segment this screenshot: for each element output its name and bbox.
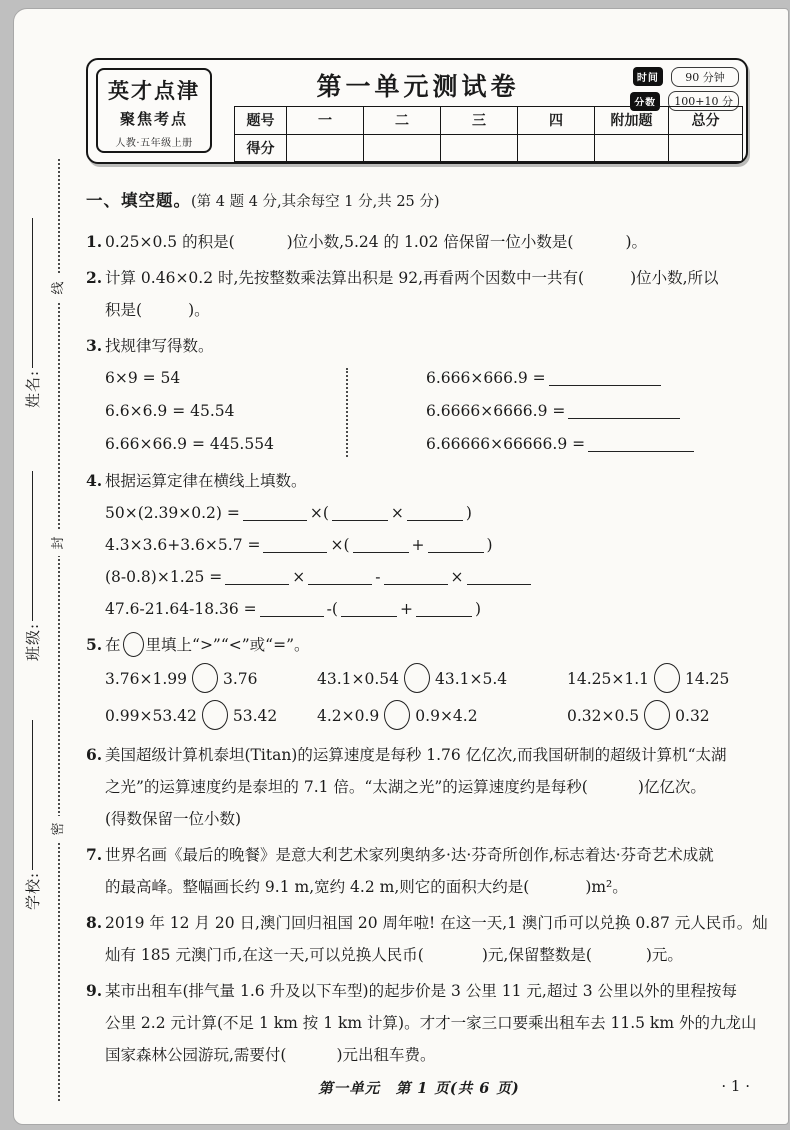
question-text: ) <box>487 536 493 554</box>
question-number: 3. <box>86 330 105 362</box>
question-text: × <box>391 504 404 522</box>
time-badge: 时间 <box>633 67 663 86</box>
question-text: 50×(2.39×0.2) = <box>105 504 240 522</box>
answer-blank <box>407 507 463 521</box>
comparison-item: 14.25×1.114.25 <box>567 661 752 698</box>
question-text: )m²。 <box>585 878 627 896</box>
question-text: + <box>412 536 425 554</box>
question-text: 计算 0.46×0.2 时,先按整数乘法算出积是 92,再看两个因数中一共有( <box>105 269 584 287</box>
question-text: )位小数,5.24 的 1.02 倍保留一位小数是( <box>287 233 574 251</box>
question-text: 6.66666×66666.9 = <box>426 435 585 453</box>
pattern-answer-item: 6.66666×66666.9 = <box>426 428 697 461</box>
page-title: 第一单元测试卷 <box>222 67 614 103</box>
question-line: 8.2019 年 12 月 20 日,澳门回归祖国 20 周年啦! 在这一天,1… <box>105 907 752 939</box>
class-label: 班级: <box>22 623 43 661</box>
question-number: 7. <box>86 839 105 871</box>
question-text: )位小数,所以 <box>630 269 718 287</box>
score-cell <box>595 134 669 162</box>
answer-blank <box>568 405 680 419</box>
question-3: 3.找规律写得数。6×9 = 546.6×6.9 = 45.546.66×66.… <box>86 330 752 461</box>
comparison-right: 3.76 <box>223 670 258 688</box>
comparison-right: 53.42 <box>233 707 277 725</box>
comparison-circle <box>202 700 228 730</box>
question-line: (8-0.8)×1.25 =×-× <box>105 561 752 593</box>
question-text: - <box>375 568 380 586</box>
score-cell <box>364 134 441 162</box>
pattern-answer-column: 6.666×666.9 =6.6666×6666.9 =6.66666×6666… <box>348 362 697 461</box>
comparison-item: 3.76×1.993.76 <box>105 661 317 698</box>
section-note: (第 4 题 4 分,其余每空 1 分,共 25 分) <box>191 194 440 210</box>
question-line: 7.世界名画《最后的晚餐》是意大利艺术家列奥纳多·达·芬奇所创作,标志着达·芬奇… <box>105 839 752 871</box>
question-text: 在 <box>105 636 121 654</box>
answer-blank <box>549 372 661 386</box>
pattern-answer-item: 6.666×666.9 = <box>426 362 697 395</box>
name-underline <box>32 218 33 368</box>
name-label: 姓名: <box>22 370 43 408</box>
comparison-item: 0.99×53.4253.42 <box>105 698 317 735</box>
question-text: )元,保留整数是( <box>482 946 592 964</box>
comparison-circle <box>192 663 218 693</box>
question-line: 1.0.25×0.5 的积是()位小数,5.24 的 1.02 倍保留一位小数是… <box>105 226 752 258</box>
pattern-given-item: 6×9 = 54 <box>105 362 346 395</box>
comparison-item: 0.32×0.50.32 <box>567 698 752 735</box>
answer-blank <box>588 438 694 452</box>
question-text: 找规律写得数。 <box>105 337 214 355</box>
question-text: ) <box>475 600 481 618</box>
brand-name: 英才点津 <box>98 75 210 105</box>
comparison-item: 43.1×0.5443.1×5.4 <box>317 661 567 698</box>
question-number: 9. <box>86 975 105 1007</box>
comparison-right: 0.32 <box>675 707 710 725</box>
pattern-answer-item: 6.6666×6666.9 = <box>426 395 697 428</box>
time-value: 90 分钟 <box>671 67 739 87</box>
question-line: 积是()。 <box>105 294 752 326</box>
score-table-col-4: 四 <box>518 107 595 135</box>
answer-blank <box>428 539 484 553</box>
question-line: 4.根据运算定律在横线上填数。 <box>105 465 752 497</box>
question-text: 里填上“>”“<”或“=”。 <box>146 636 310 654</box>
class-underline <box>32 471 33 621</box>
school-field: 学校: <box>19 720 45 910</box>
comparison-circle <box>404 663 430 693</box>
question-line: 3.找规律写得数。 <box>105 330 752 362</box>
comparison-circle <box>384 700 410 730</box>
question-line: 4.3×3.6+3.6×5.7 =×(+) <box>105 529 752 561</box>
question-number: 8. <box>86 907 105 939</box>
question-line: 2.计算 0.46×0.2 时,先按整数乘法算出积是 92,再看两个因数中一共有… <box>105 262 752 294</box>
question-5: 5.在里填上“>”“<”或“=”。3.76×1.993.7643.1×0.544… <box>86 629 752 735</box>
question-line: 5.在里填上“>”“<”或“=”。 <box>105 629 752 661</box>
answer-blank <box>263 539 327 553</box>
question-line: 之光”的运算速度约是泰坦的 7.1 倍。“太湖之光”的运算速度约是每秒()亿亿次… <box>105 771 752 803</box>
question-text: 6.666×666.9 = <box>426 369 546 387</box>
question-text: 某市出租车(排气量 1.6 升及以下车型)的起步价是 3 公里 11 元,超过 … <box>105 982 737 1000</box>
score-table-col-total: 总分 <box>669 107 743 135</box>
answer-blank <box>353 539 409 553</box>
question-9: 9.某市出租车(排气量 1.6 升及以下车型)的起步价是 3 公里 11 元,超… <box>86 975 752 1071</box>
question-text: 4.3×3.6+3.6×5.7 = <box>105 536 260 554</box>
question-line: 公里 2.2 元计算(不足 1 km 按 1 km 计算)。才才一家三口要乘出租… <box>105 1007 752 1039</box>
question-4: 4.根据运算定律在横线上填数。50×(2.39×0.2) =×(×)4.3×3.… <box>86 465 752 625</box>
answer-blank <box>308 571 372 585</box>
question-line: (得数保留一位小数) <box>105 803 752 835</box>
question-text: × <box>451 568 464 586</box>
questions-section: 一、填空题。(第 4 题 4 分,其余每空 1 分,共 25 分) 1.0.25… <box>86 185 752 1071</box>
question-2: 2.计算 0.46×0.2 时,先按整数乘法算出积是 92,再看两个因数中一共有… <box>86 262 752 326</box>
test-paper: 线 封 密 姓名: 班级: 学校: 英才点津 聚焦考点 人教·五年级上册 第一单… <box>13 8 789 1125</box>
question-line: 6.美国超级计算机泰坦(Titan)的运算速度是每秒 1.76 亿亿次,而我国研… <box>105 739 752 771</box>
pattern-given-item: 6.66×66.9 = 445.554 <box>105 428 346 461</box>
question-line: 国家森林公园游玩,需要付()元出租车费。 <box>105 1039 752 1071</box>
question-number: 1. <box>86 226 105 258</box>
comparison-item: 4.2×0.90.9×4.2 <box>317 698 567 735</box>
answer-blank <box>243 507 307 521</box>
answer-blank <box>225 571 289 585</box>
class-field: 班级: <box>19 471 45 661</box>
pattern-given-item: 6.6×6.9 = 45.54 <box>105 395 346 428</box>
scanned-test-page: { "header": { "brand": { "line1": "英才点津"… <box>0 0 790 1130</box>
score-cell <box>441 134 518 162</box>
question-number: 4. <box>86 465 105 497</box>
name-field: 姓名: <box>19 218 45 408</box>
question-text: 0.25×0.5 的积是( <box>105 233 235 251</box>
question-text: 公里 2.2 元计算(不足 1 km 按 1 km 计算)。才才一家三口要乘出租… <box>105 1014 756 1032</box>
question-text: (8-0.8)×1.25 = <box>105 568 222 586</box>
question-text: 国家森林公园游玩,需要付( <box>105 1046 286 1064</box>
question-7: 7.世界名画《最后的晚餐》是意大利艺术家列奥纳多·达·芬奇所创作,标志着达·芬奇… <box>86 839 752 903</box>
comparison-left: 0.99×53.42 <box>105 707 197 725</box>
comparison-left: 4.2×0.9 <box>317 707 379 725</box>
question-text: )元。 <box>646 946 683 964</box>
footer-unit-page: 第一单元 第 1 页(共 6 页) <box>86 1077 752 1098</box>
question-text: 2019 年 12 月 20 日,澳门回归祖国 20 周年啦! 在这一天,1 澳… <box>105 914 768 932</box>
score-table: 题号 一 二 三 四 附加题 总分 得分 <box>234 106 743 162</box>
comparison-circle <box>123 632 144 657</box>
question-line: 9.某市出租车(排气量 1.6 升及以下车型)的起步价是 3 公里 11 元,超… <box>105 975 752 1007</box>
brand-edition: 人教·五年级上册 <box>98 134 210 149</box>
question-text: 根据运算定律在横线上填数。 <box>105 472 307 490</box>
question-line: 灿有 185 元澳门币,在这一天,可以兑换人民币()元,保留整数是()元。 <box>105 939 752 971</box>
score-table-row-label: 得分 <box>235 134 287 162</box>
question-number: 6. <box>86 739 105 771</box>
question-text: 的最高峰。整幅画长约 9.1 m,宽约 4.2 m,则它的面积大约是( <box>105 878 529 896</box>
question-1: 1.0.25×0.5 的积是()位小数,5.24 的 1.02 倍保留一位小数是… <box>86 226 752 258</box>
section-title: 一、填空题。 <box>86 191 191 210</box>
question-text: ) <box>466 504 472 522</box>
question-text: 积是( <box>105 301 142 319</box>
questions-list: 1.0.25×0.5 的积是()位小数,5.24 的 1.02 倍保留一位小数是… <box>86 226 752 1071</box>
question-text: 47.6-21.64-18.36 = <box>105 600 257 618</box>
answer-blank <box>332 507 388 521</box>
comparison-circle <box>654 663 680 693</box>
score-table-col-3: 三 <box>441 107 518 135</box>
comparison-right: 14.25 <box>685 670 729 688</box>
score-cell <box>287 134 364 162</box>
question-text: )元出租车费。 <box>336 1046 435 1064</box>
score-table-col-1: 一 <box>287 107 364 135</box>
question-8: 8.2019 年 12 月 20 日,澳门回归祖国 20 周年啦! 在这一天,1… <box>86 907 752 971</box>
question-text: 6.6666×6666.9 = <box>426 402 565 420</box>
question-line: 47.6-21.64-18.36 =-(+) <box>105 593 752 625</box>
section-heading: 一、填空题。(第 4 题 4 分,其余每空 1 分,共 25 分) <box>86 185 752 218</box>
question-text: 灿有 185 元澳门币,在这一天,可以兑换人民币( <box>105 946 424 964</box>
question-line: 的最高峰。整幅画长约 9.1 m,宽约 4.2 m,则它的面积大约是()m²。 <box>105 871 752 903</box>
question-text: ×( <box>330 536 349 554</box>
answer-blank <box>341 603 397 617</box>
comparison-left: 3.76×1.99 <box>105 670 187 688</box>
seal-char-feng: 封 <box>49 530 69 556</box>
seal-char-mi: 密 <box>49 816 69 842</box>
question-text: + <box>400 600 413 618</box>
school-label: 学校: <box>22 872 43 910</box>
pattern-columns: 6×9 = 546.6×6.9 = 45.546.66×66.9 = 445.5… <box>105 362 752 461</box>
question-text: )。 <box>625 233 647 251</box>
seal-char-xian: 线 <box>49 275 69 301</box>
question-text: -( <box>327 600 338 618</box>
time-row: 时间 90 分钟 <box>630 66 739 87</box>
question-text: × <box>292 568 305 586</box>
question-text: 之光”的运算速度约是泰坦的 7.1 倍。“太湖之光”的运算速度约是每秒( <box>105 778 588 796</box>
score-table-corner: 题号 <box>235 107 287 135</box>
question-text: )。 <box>188 301 210 319</box>
comparison-left: 43.1×0.54 <box>317 670 399 688</box>
answer-blank <box>467 571 531 585</box>
question-text: ×( <box>310 504 329 522</box>
answer-blank <box>384 571 448 585</box>
question-text: 世界名画《最后的晚餐》是意大利艺术家列奥纳多·达·芬奇所创作,标志着达·芬奇艺术… <box>105 846 714 864</box>
brand-box: 英才点津 聚焦考点 人教·五年级上册 <box>96 68 212 153</box>
score-cell <box>669 134 743 162</box>
question-text: 美国超级计算机泰坦(Titan)的运算速度是每秒 1.76 亿亿次,而我国研制的… <box>105 746 727 764</box>
comparison-right: 43.1×5.4 <box>435 670 507 688</box>
footer-page-number: · 1 · <box>721 1077 750 1095</box>
comparison-left: 0.32×0.5 <box>567 707 639 725</box>
question-text: (得数保留一位小数) <box>105 810 241 828</box>
question-number: 2. <box>86 262 105 294</box>
school-underline <box>32 720 33 870</box>
score-table-col-2: 二 <box>364 107 441 135</box>
question-number: 5. <box>86 629 105 661</box>
score-table-col-bonus: 附加题 <box>595 107 669 135</box>
pattern-given-column: 6×9 = 546.6×6.9 = 45.546.66×66.9 = 445.5… <box>105 362 346 461</box>
comparison-grid: 3.76×1.993.7643.1×0.5443.1×5.414.25×1.11… <box>105 661 752 735</box>
answer-blank <box>260 603 324 617</box>
answer-blank <box>416 603 472 617</box>
comparison-right: 0.9×4.2 <box>415 707 477 725</box>
header-box: 英才点津 聚焦考点 人教·五年级上册 第一单元测试卷 时间 90 分钟 分数 1… <box>86 58 748 164</box>
comparison-left: 14.25×1.1 <box>567 670 649 688</box>
brand-tagline: 聚焦考点 <box>98 108 210 129</box>
question-line: 50×(2.39×0.2) =×(×) <box>105 497 752 529</box>
comparison-circle <box>644 700 670 730</box>
question-6: 6.美国超级计算机泰坦(Titan)的运算速度是每秒 1.76 亿亿次,而我国研… <box>86 739 752 835</box>
score-cell <box>518 134 595 162</box>
question-text: )亿亿次。 <box>638 778 706 796</box>
page-footer: 第一单元 第 1 页(共 6 页) · 1 · <box>86 1077 752 1101</box>
